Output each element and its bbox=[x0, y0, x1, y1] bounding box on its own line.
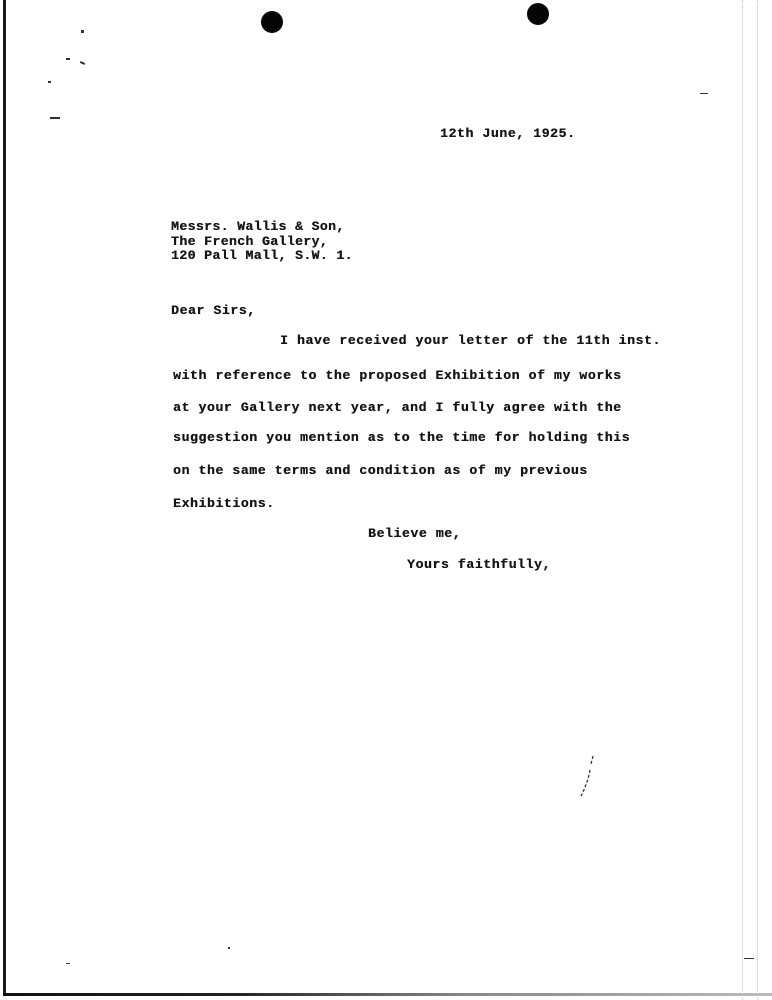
signoff: Yours faithfully, bbox=[407, 558, 551, 572]
body-line: with reference to the proposed Exhibitio… bbox=[173, 369, 622, 383]
punch-hole bbox=[527, 3, 549, 25]
scan-bottom-edge bbox=[3, 993, 772, 996]
address-line: The French Gallery, bbox=[171, 235, 353, 250]
scan-speck bbox=[66, 58, 70, 60]
scan-speck bbox=[66, 963, 70, 964]
letter-date: 12th June, 1925. bbox=[440, 127, 575, 141]
body-line: on the same terms and condition as of my… bbox=[173, 464, 588, 478]
scan-speck bbox=[80, 61, 85, 65]
body-line: at your Gallery next year, and I fully a… bbox=[173, 401, 622, 415]
scan-margin-line bbox=[742, 0, 743, 1000]
letter-page: 12th June, 1925. Messrs. Wallis & Son, T… bbox=[0, 0, 772, 1000]
closing: Believe me, bbox=[368, 527, 461, 541]
body-line: suggestion you mention as to the time fo… bbox=[173, 431, 630, 445]
scan-speck bbox=[48, 81, 51, 83]
scan-speck bbox=[81, 30, 84, 33]
address-line: Messrs. Wallis & Son, bbox=[171, 220, 353, 235]
scan-left-edge bbox=[3, 0, 6, 996]
pen-mark-icon bbox=[575, 752, 605, 802]
punch-hole bbox=[261, 11, 283, 33]
scan-speck bbox=[700, 93, 708, 94]
salutation: Dear Sirs, bbox=[171, 304, 256, 318]
scan-margin-line bbox=[757, 0, 758, 1000]
body-line: Exhibitions. bbox=[173, 497, 275, 511]
body-line: I have received your letter of the 11th … bbox=[280, 334, 661, 348]
scan-speck bbox=[744, 958, 754, 959]
recipient-address: Messrs. Wallis & Son, The French Gallery… bbox=[171, 220, 353, 264]
scan-speck bbox=[50, 117, 60, 119]
address-line: 120 Pall Mall, S.W. 1. bbox=[171, 249, 353, 264]
scan-speck bbox=[228, 947, 230, 949]
